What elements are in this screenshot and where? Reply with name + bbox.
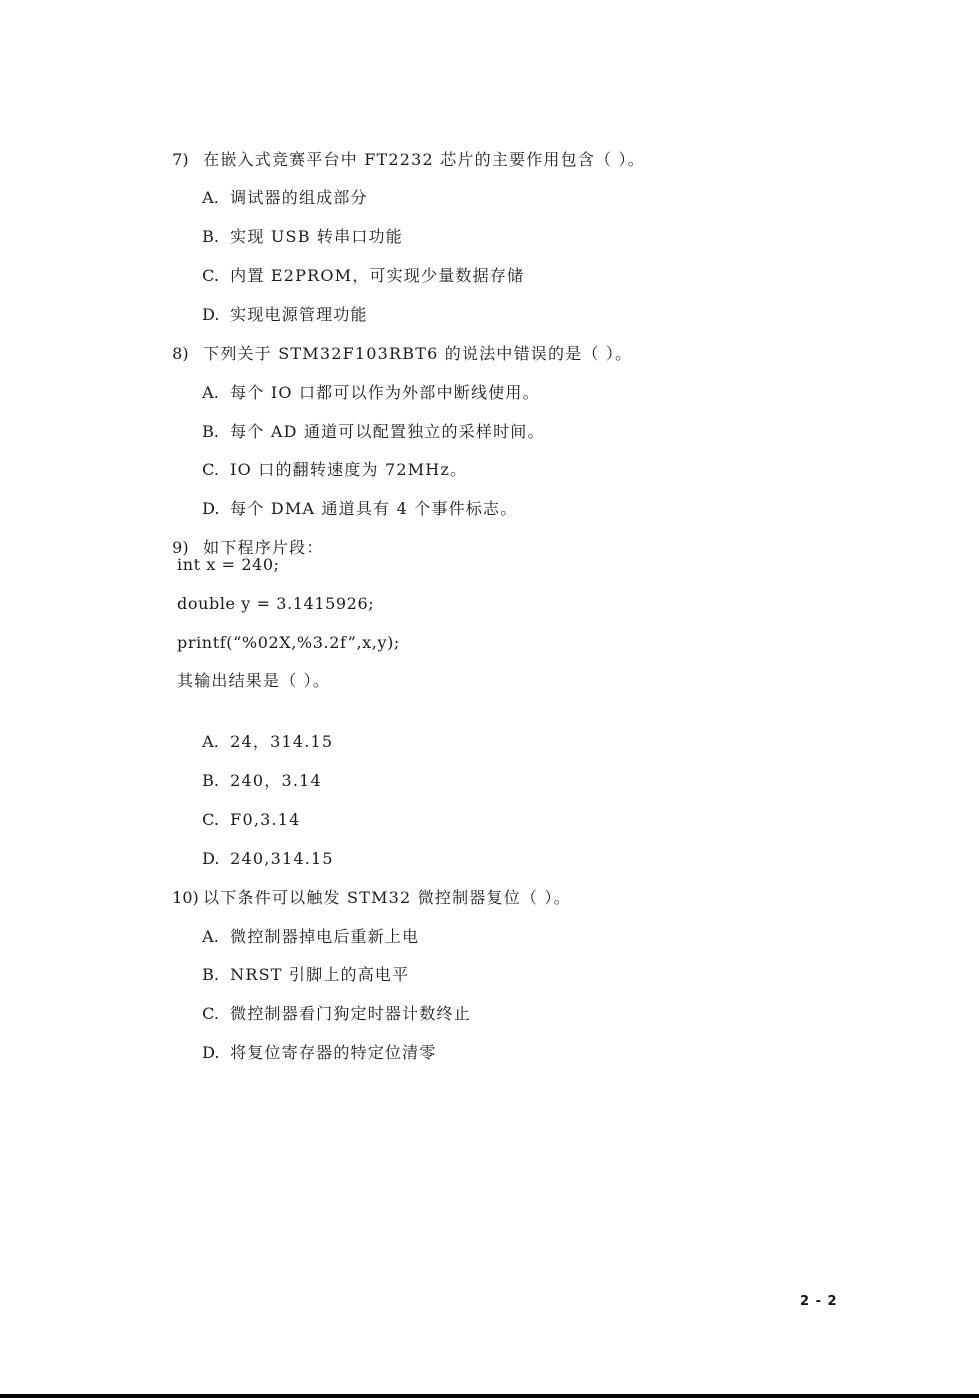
- question-9-prompt: 其输出结果是（ ）。: [177, 670, 330, 692]
- page-number: 2 - 2: [800, 1294, 838, 1309]
- document-page: 7)在嵌入式竞赛平台中 FT2232 芯片的主要作用包含（ ）。 A.调试器的组…: [0, 0, 979, 1398]
- code-line-1: int x = 240;: [177, 554, 280, 576]
- option-label: D.: [202, 1042, 230, 1064]
- page-bottom-rule: [0, 1394, 979, 1398]
- question-10-option-d: D.将复位寄存器的特定位清零: [177, 1020, 437, 1086]
- option-text: 将复位寄存器的特定位清零: [230, 1043, 436, 1062]
- code-line-3: printf(“%02X,%3.2f”,x,y);: [177, 632, 400, 654]
- code-line-2: double y = 3.1415926;: [177, 593, 374, 615]
